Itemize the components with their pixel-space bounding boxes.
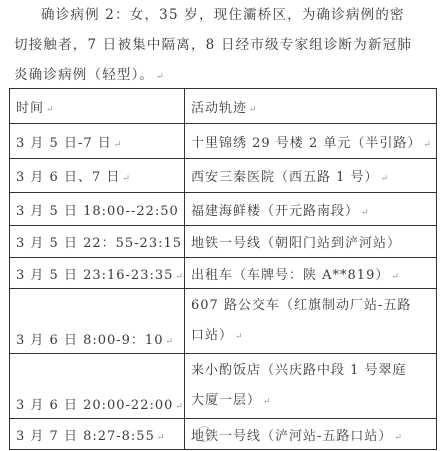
row-activity: 607 路公交车（红旗制动厂站-五路 口站）↵	[185, 289, 437, 354]
row-time: 3 月 5 日 23:16-23:35↵	[10, 258, 185, 289]
row-activity: 出租车（车牌号：陕 A**819）↵	[185, 258, 437, 289]
row-activity: 地铁一号线（朝阳门站到浐河站）	[185, 226, 437, 258]
weibo-logo-icon	[196, 426, 212, 442]
row-time: 3 月 5 日-7 日↵	[10, 124, 185, 159]
table-row: 3 月 5 日-7 日↵ 十里锦绣 29 号楼 2 单元（半引路）↵	[10, 124, 437, 159]
table-row: 3 月 5 日 22：55-23:15 地铁一号线（朝阳门站到浐河站）	[10, 226, 437, 258]
row-activity: 来小酌饭店（兴庆路中段 1 号翠庭 大厦一层）↵	[185, 354, 437, 419]
row-activity: 福建海鲜楼（开元路南段）↵	[185, 193, 437, 226]
table-row: 3 月 6 日 20:00-22:00↵ 来小酌饭店（兴庆路中段 1 号翠庭 大…	[10, 354, 437, 419]
row-activity: 十里锦绣 29 号楼 2 单元（半引路）↵	[185, 124, 437, 159]
case-line-2: 切接触者，7 日被集中隔离，8 日经市级专家组诊断为新冠肺	[14, 30, 440, 60]
row-time: 3 月 7 日 8:27-8:55↵	[10, 419, 185, 450]
row-time: 3 月 5 日 18:00--22:50	[10, 193, 185, 226]
table-header-row: 时间↵ 活动轨迹↵	[10, 89, 437, 124]
case-description: 确诊病例 2：女，35 岁，现住灞桥区，为确诊病例的密 切接触者，7 日被集中隔…	[14, 0, 440, 90]
table-row: 3 月 6 日、7 日↵ 西安三秦医院（西五路 1 号）↵	[10, 159, 437, 193]
header-time: 时间↵	[10, 89, 185, 124]
case-line-3: 炎确诊病例（轻型）。↵	[14, 60, 440, 90]
row-time: 3 月 6 日 8:00-9：10↵	[10, 289, 185, 354]
paragraph-mark: ↵	[156, 72, 165, 82]
row-time: 3 月 5 日 22：55-23:15	[10, 226, 185, 258]
table-row: 3 月 5 日 18:00--22:50 福建海鲜楼（开元路南段）↵	[10, 193, 437, 226]
activity-table: 时间↵ 活动轨迹↵ 3 月 5 日-7 日↵ 十里锦绣 29 号楼 2 单元（半…	[9, 88, 437, 450]
row-time: 3 月 6 日、7 日↵	[10, 159, 185, 193]
row-time: 3 月 6 日 20:00-22:00↵	[10, 354, 185, 419]
table-row: 3 月 6 日 8:00-9：10↵ 607 路公交车（红旗制动厂站-五路 口站…	[10, 289, 437, 354]
case-line-1: 确诊病例 2：女，35 岁，现住灞桥区，为确诊病例的密	[14, 0, 440, 30]
header-activity: 活动轨迹↵	[185, 89, 437, 124]
row-activity: 西安三秦医院（西五路 1 号）↵	[185, 159, 437, 193]
table-row: 3 月 5 日 23:16-23:35↵ 出租车（车牌号：陕 A**819）↵	[10, 258, 437, 289]
weibo-watermark	[196, 426, 286, 446]
